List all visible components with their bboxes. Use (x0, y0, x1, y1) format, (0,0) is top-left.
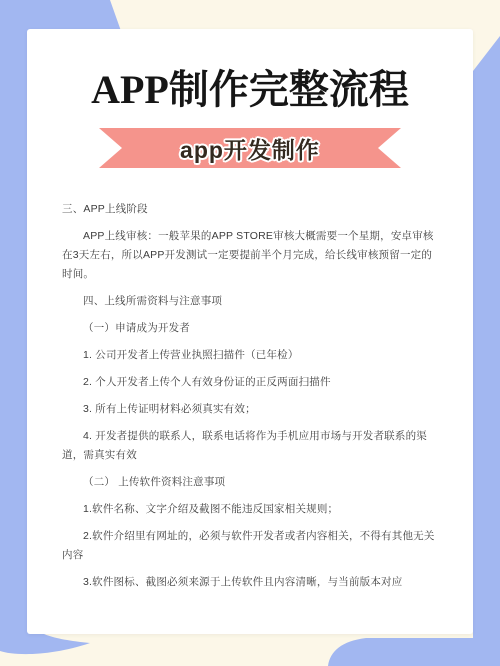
list-item: 2. 个人开发者上传个人有效身份证的正反两面扫描件 (62, 373, 441, 392)
list-item: 2.软件介绍里有网址的，必须与软件开发者或者内容相关，不得有其他无关内容 (62, 527, 441, 565)
content-card: APP制作完整流程 app开发制作 三、APP上线阶段 APP上线审核：一般苹果… (27, 29, 473, 634)
poster-page: APP制作完整流程 app开发制作 三、APP上线阶段 APP上线审核：一般苹果… (0, 0, 500, 666)
subsection-heading: （二） 上传软件资料注意事项 (62, 473, 441, 492)
subsection-heading: （一）申请成为开发者 (62, 319, 441, 338)
list-item: 3.软件图标、截图必须来源于上传软件且内容清晰，与当前版本对应 (62, 573, 441, 592)
page-title: APP制作完整流程 (37, 68, 463, 112)
list-item: 3. 所有上传证明材料必须真实有效； (62, 400, 441, 419)
document-body: 三、APP上线阶段 APP上线审核：一般苹果的APP STORE审核大概需要一个… (27, 200, 473, 592)
section-heading: 三、APP上线阶段 (62, 200, 441, 219)
list-item: 1.软件名称、文字介绍及截图不能违反国家相关规则； (62, 500, 441, 519)
list-item: 1. 公司开发者上传营业执照扫描件（已年检） (62, 346, 441, 365)
subtitle-ribbon: app开发制作 (99, 128, 401, 168)
subtitle-ribbon-label: app开发制作 (180, 132, 320, 165)
body-paragraph: APP上线审核：一般苹果的APP STORE审核大概需要一个星期，安卓审核在3天… (62, 227, 441, 284)
list-item: 4. 开发者提供的联系人，联系电话将作为手机应用市场与开发者联系的渠道，需真实有… (62, 427, 441, 465)
section-heading: 四、上线所需资料与注意事项 (62, 292, 441, 311)
